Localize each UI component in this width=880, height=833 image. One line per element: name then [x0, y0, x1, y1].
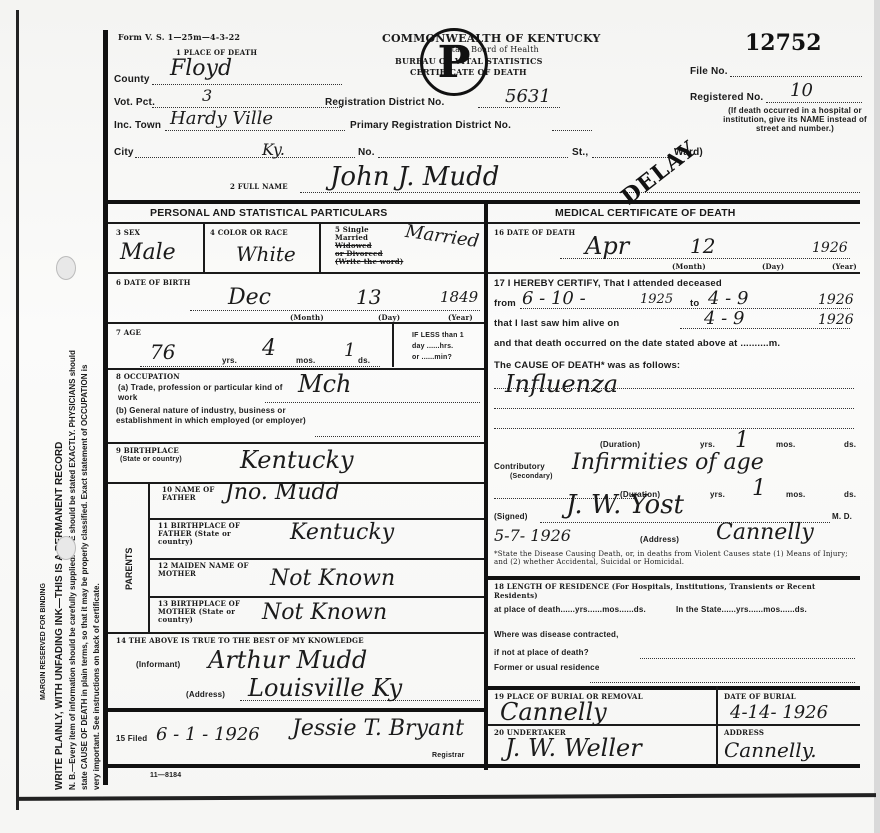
undertaker-address-value: Cannelly.	[724, 738, 817, 762]
page-edge	[874, 0, 880, 833]
death-day-caption: (Day)	[762, 262, 784, 271]
mother-maiden-label: 12 MAIDEN NAME OF MOTHER	[158, 562, 268, 578]
street-number-label: No.	[358, 147, 375, 158]
vot-pct-label: Vot. Pct.	[114, 97, 155, 108]
informant-value: Arthur Mudd	[208, 646, 367, 674]
personal-heading: PERSONAL AND STATISTICAL PARTICULARS	[150, 207, 387, 219]
punch-hole-top	[56, 256, 76, 280]
year-caption: (Year)	[448, 313, 473, 322]
signed-label: (Signed)	[494, 512, 528, 521]
burial-place-value: Cannelly	[500, 698, 607, 726]
last-saw-year: 1926	[818, 312, 854, 328]
marital-options: 5 Single Married Widowed or Divorced (Wr…	[335, 226, 403, 266]
attended-to-year: 1926	[818, 292, 854, 308]
burial-date-label: DATE OF BURIAL	[724, 692, 796, 701]
if-not-label: if not at place of death?	[494, 648, 589, 657]
certificate-number: 12752	[745, 30, 822, 56]
contributory-value: Infirmities of age	[572, 450, 764, 475]
death-month-caption: (Month)	[672, 262, 706, 271]
contributory-mos-unit: mos.	[786, 490, 805, 499]
days-unit: ds.	[358, 356, 370, 365]
cause-yrs-unit: yrs.	[700, 440, 715, 449]
filed-label: 15 Filed	[116, 734, 147, 743]
mother-birthplace-value: Not Known	[262, 600, 387, 625]
margin-note-3: very important. See instructions on back…	[92, 583, 101, 790]
registration-district-value: 5631	[505, 86, 551, 107]
parents-label: PARENTS	[124, 548, 134, 590]
contributory-ds-unit: ds.	[844, 490, 856, 499]
registered-no-value: 10	[790, 80, 813, 101]
birthplace-label: 9 BIRTHPLACE	[116, 446, 179, 455]
p-stamp-icon: P	[420, 28, 488, 96]
dob-month: Dec	[228, 285, 271, 310]
color-value: White	[236, 242, 296, 266]
vot-pct-value: 3	[202, 86, 212, 105]
undertaker-value: J. W. Weller	[505, 734, 642, 762]
death-month: Apr	[585, 232, 629, 260]
primary-registration-label: Primary Registration District No.	[350, 120, 511, 131]
mother-maiden-value: Not Known	[270, 566, 395, 591]
margin-write-plainly: WRITE PLAINLY, WITH UNFADING INK—THIS IS…	[54, 442, 65, 790]
full-name-label: 2 FULL NAME	[230, 182, 288, 191]
undertaker-address-label: ADDRESS	[724, 728, 764, 737]
physician-signature: J. W. Yost	[566, 490, 684, 520]
dob-year: 1849	[440, 288, 478, 306]
burial-date-value: 4-14- 1926	[730, 702, 828, 723]
last-saw-label: that I last saw him alive on	[494, 318, 619, 329]
city-label: City	[114, 147, 134, 158]
dob-day: 13	[356, 285, 381, 309]
occupation-a-label: (a) Trade, profession or particular kind…	[118, 383, 288, 403]
inc-town-label: Inc. Town	[114, 120, 161, 131]
signed-date: 5-7- 1926	[494, 526, 571, 545]
signed-address-value: Cannelly	[716, 520, 814, 545]
death-day: 12	[690, 234, 715, 258]
filed-value: 6 - 1 - 1926	[156, 724, 260, 745]
father-birthplace-value: Kentucky	[290, 520, 394, 545]
medical-heading: MEDICAL CERTIFICATE OF DEATH	[555, 207, 736, 219]
color-label: 4 COLOR OR RACE	[210, 228, 288, 237]
signed-address-label: (Address)	[640, 535, 679, 544]
contributory-yrs-unit: yrs.	[710, 490, 725, 499]
footer-code: 11—8184	[150, 772, 181, 779]
if-less-note: IF LESS than 1 day ......hrs. or ......m…	[412, 330, 464, 363]
month-caption: (Month)	[290, 313, 324, 322]
inner-margin-rule	[103, 30, 108, 785]
father-birthplace-label: 11 BIRTHPLACE OF FATHER (State or countr…	[158, 522, 268, 546]
attended-to-value: 4 - 9	[708, 288, 748, 309]
birthplace-sub: (State or country)	[120, 456, 182, 463]
age-months: 4	[262, 336, 276, 361]
cause-mos-unit: mos.	[776, 440, 795, 449]
cause-duration-label: (Duration)	[600, 440, 640, 449]
column-divider	[484, 200, 488, 770]
contracted-label: Where was disease contracted,	[494, 630, 619, 639]
date-of-death-label: 16 DATE OF DEATH	[494, 228, 575, 237]
at-place-label: at place of death......yrs......mos.....…	[494, 604, 694, 615]
in-state-label: In the State......yrs......mos......ds.	[676, 604, 856, 615]
punch-hole-bottom	[56, 536, 76, 560]
registration-district-label: Registration District No.	[325, 97, 444, 108]
day-caption: (Day)	[378, 313, 400, 322]
sex-value: Male	[120, 240, 176, 265]
father-name-value: Jno. Mudd	[225, 480, 340, 505]
marital-value: Married	[404, 221, 481, 252]
registrar-signature: Jessie T. Bryant	[292, 716, 464, 741]
death-year-caption: (Year)	[832, 262, 857, 271]
informant-address-value: Louisville Ky	[248, 674, 402, 702]
attended-from-value: 6 - 10 -	[522, 288, 586, 309]
outer-margin-rule	[16, 10, 19, 810]
birthplace-value: Kentucky	[240, 446, 354, 474]
state-header: COMMONWEALTH OF KENTUCKY	[382, 32, 601, 45]
age-label: 7 AGE	[116, 328, 141, 337]
sex-label: 3 SEX	[116, 228, 140, 237]
informant-heading: 14 THE ABOVE IS TRUE TO THE BEST OF MY K…	[116, 636, 364, 645]
former-residence-label: Former or usual residence	[494, 662, 614, 674]
death-certificate: MARGIN RESERVED FOR BINDING WRITE PLAINL…	[0, 0, 880, 833]
informant-address-label: (Address)	[186, 690, 225, 699]
occupation-value: Mch	[298, 370, 351, 398]
margin-reserved-text: MARGIN RESERVED FOR BINDING	[40, 583, 47, 700]
disease-note: *State the Disease Causing Death, or, in…	[494, 550, 860, 566]
file-no-label: File No.	[690, 66, 728, 77]
last-saw-value: 4 - 9	[704, 308, 744, 329]
occupation-b-label: (b) General nature of industry, business…	[116, 406, 316, 426]
months-unit: mos.	[296, 356, 315, 365]
secondary-label: (Secondary)	[510, 473, 553, 480]
occurred-label: and that death occurred on the date stat…	[494, 338, 780, 349]
form-number: Form V. S. 1—25m—4-3-22	[118, 32, 240, 42]
margin-note-1: N. B.—Every item of information should b…	[68, 350, 77, 790]
street-label: St.,	[572, 147, 588, 158]
attended-to-label: to	[690, 298, 699, 309]
attended-from-label: from	[494, 298, 516, 309]
md-label: M. D.	[832, 512, 852, 521]
hospital-note: (If death occurred in a hospital or inst…	[720, 106, 870, 133]
death-year: 1926	[812, 240, 848, 256]
registered-no-label: Registered No.	[690, 92, 763, 103]
full-name-value: John J. Mudd	[330, 162, 499, 192]
city-value: Ky.	[262, 140, 285, 159]
occupation-label: 8 OCCUPATION	[116, 372, 180, 381]
contributory-duration-value: 1	[752, 476, 766, 501]
contributory-label: Contributory	[494, 462, 545, 471]
inc-town-value: Hardy Ville	[170, 108, 273, 129]
cause-ds-unit: ds.	[844, 440, 856, 449]
age-years: 76	[150, 340, 175, 364]
registrar-label: Registrar	[432, 752, 465, 759]
attended-from-year: 1925	[640, 292, 673, 307]
bottom-border	[16, 793, 876, 801]
informant-label: (Informant)	[136, 660, 180, 669]
margin-note-2: state CAUSE OF DEATH in plain terms, so …	[80, 365, 89, 790]
residence-label: 18 LENGTH OF RESIDENCE (For Hospitals, I…	[494, 582, 860, 600]
county-value: Floyd	[170, 56, 232, 81]
mother-birthplace-label: 13 BIRTHPLACE OF MOTHER (State or countr…	[158, 600, 268, 624]
father-name-label: 10 NAME OF FATHER	[162, 486, 232, 502]
age-days: 1	[344, 340, 355, 361]
cause-value: Influenza	[505, 370, 618, 398]
dob-label: 6 DATE OF BIRTH	[116, 278, 191, 287]
years-unit: yrs.	[222, 356, 237, 365]
county-label: County	[114, 74, 150, 85]
